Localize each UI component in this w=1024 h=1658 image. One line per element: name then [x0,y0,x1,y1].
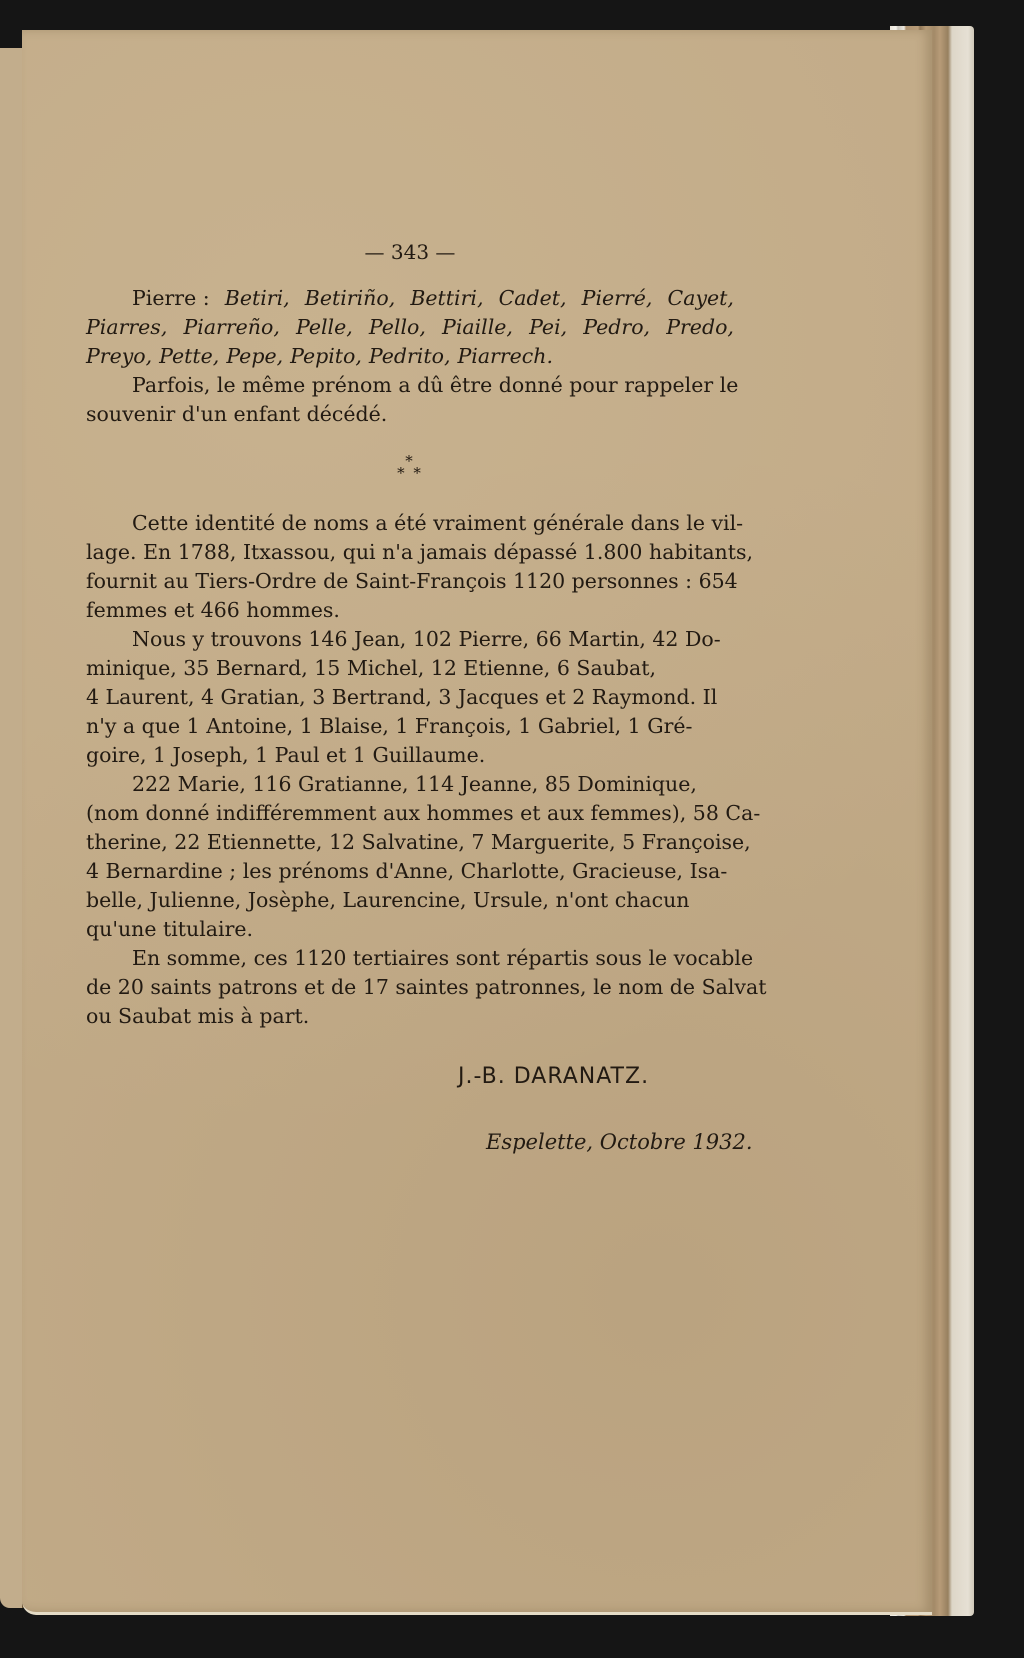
paragraph-hommes: Nous y trouvons 146 Jean, 102 Pierre, 66… [86,625,734,770]
page-text: — 343 — Pierre : Betiri, Betiriño, Betti… [86,238,734,1031]
page-number: — 343 — [86,238,734,267]
text-line: Preyo, Pette, Pepe, Pepito, Pedrito, Pia… [86,342,734,371]
text-line: minique, 35 Bernard, 15 Michel, 12 Etien… [86,654,734,683]
paragraph-en-somme: En somme, ces 1120 tertiaires sont répar… [86,944,734,1031]
text-line: Cette identité de noms a été vraiment gé… [86,509,734,538]
text-line: qu'une titulaire. [86,915,734,944]
text-line: 4 Laurent, 4 Gratian, 3 Bertrand, 3 Jacq… [86,683,734,712]
text-line: fournit au Tiers-Ordre de Saint-François… [86,567,734,596]
text-line: 222 Marie, 116 Gratianne, 114 Jeanne, 85… [86,770,734,799]
text-line: En somme, ces 1120 tertiaires sont répar… [86,944,734,973]
asterism-separator: ** * [86,455,734,479]
paragraph-femmes: 222 Marie, 116 Gratianne, 114 Jeanne, 85… [86,770,734,944]
text-line: 4 Bernardine ; les prénoms d'Anne, Charl… [86,857,734,886]
text-line: goire, 1 Joseph, 1 Paul et 1 Guillaume. [86,741,734,770]
text-line: ou Saubat mis à part. [86,1002,734,1031]
text-line: (nom donné indifféremment aux hommes et … [86,799,734,828]
paragraph-pierre-variants: Pierre : Betiri, Betiriño, Bettiri, Cade… [86,284,734,371]
text-line: de 20 saints patrons et de 17 saintes pa… [86,973,734,1002]
text-line: Piarres, Piarreño, Pelle, Pello, Piaille… [86,313,734,342]
text-line: therine, 22 Etiennette, 12 Salvatine, 7 … [86,828,734,857]
text-line: Pierre : Betiri, Betiriño, Bettiri, Cade… [86,284,734,313]
text-line: n'y a que 1 Antoine, 1 Blaise, 1 Françoi… [86,712,734,741]
text-line: Parfois, le même prénom a dû être donné … [86,371,734,400]
place-and-date: Espelette, Octobre 1932. [486,1130,753,1154]
text-line: belle, Julienne, Josèphe, Laurencine, Ur… [86,886,734,915]
paragraph-parfois: Parfois, le même prénom a dû être donné … [86,371,734,429]
author-signature: J.-B. DARANATZ. [458,1064,649,1089]
facing-page-edge [0,48,24,1608]
text-line: souvenir d'un enfant décédé. [86,400,734,429]
text-line: femmes et 466 hommes. [86,596,734,625]
text-line: Nous y trouvons 146 Jean, 102 Pierre, 66… [86,625,734,654]
text-line: lage. En 1788, Itxassou, qui n'a jamais … [86,538,734,567]
paragraph-identite: Cette identité de noms a été vraiment gé… [86,509,734,625]
